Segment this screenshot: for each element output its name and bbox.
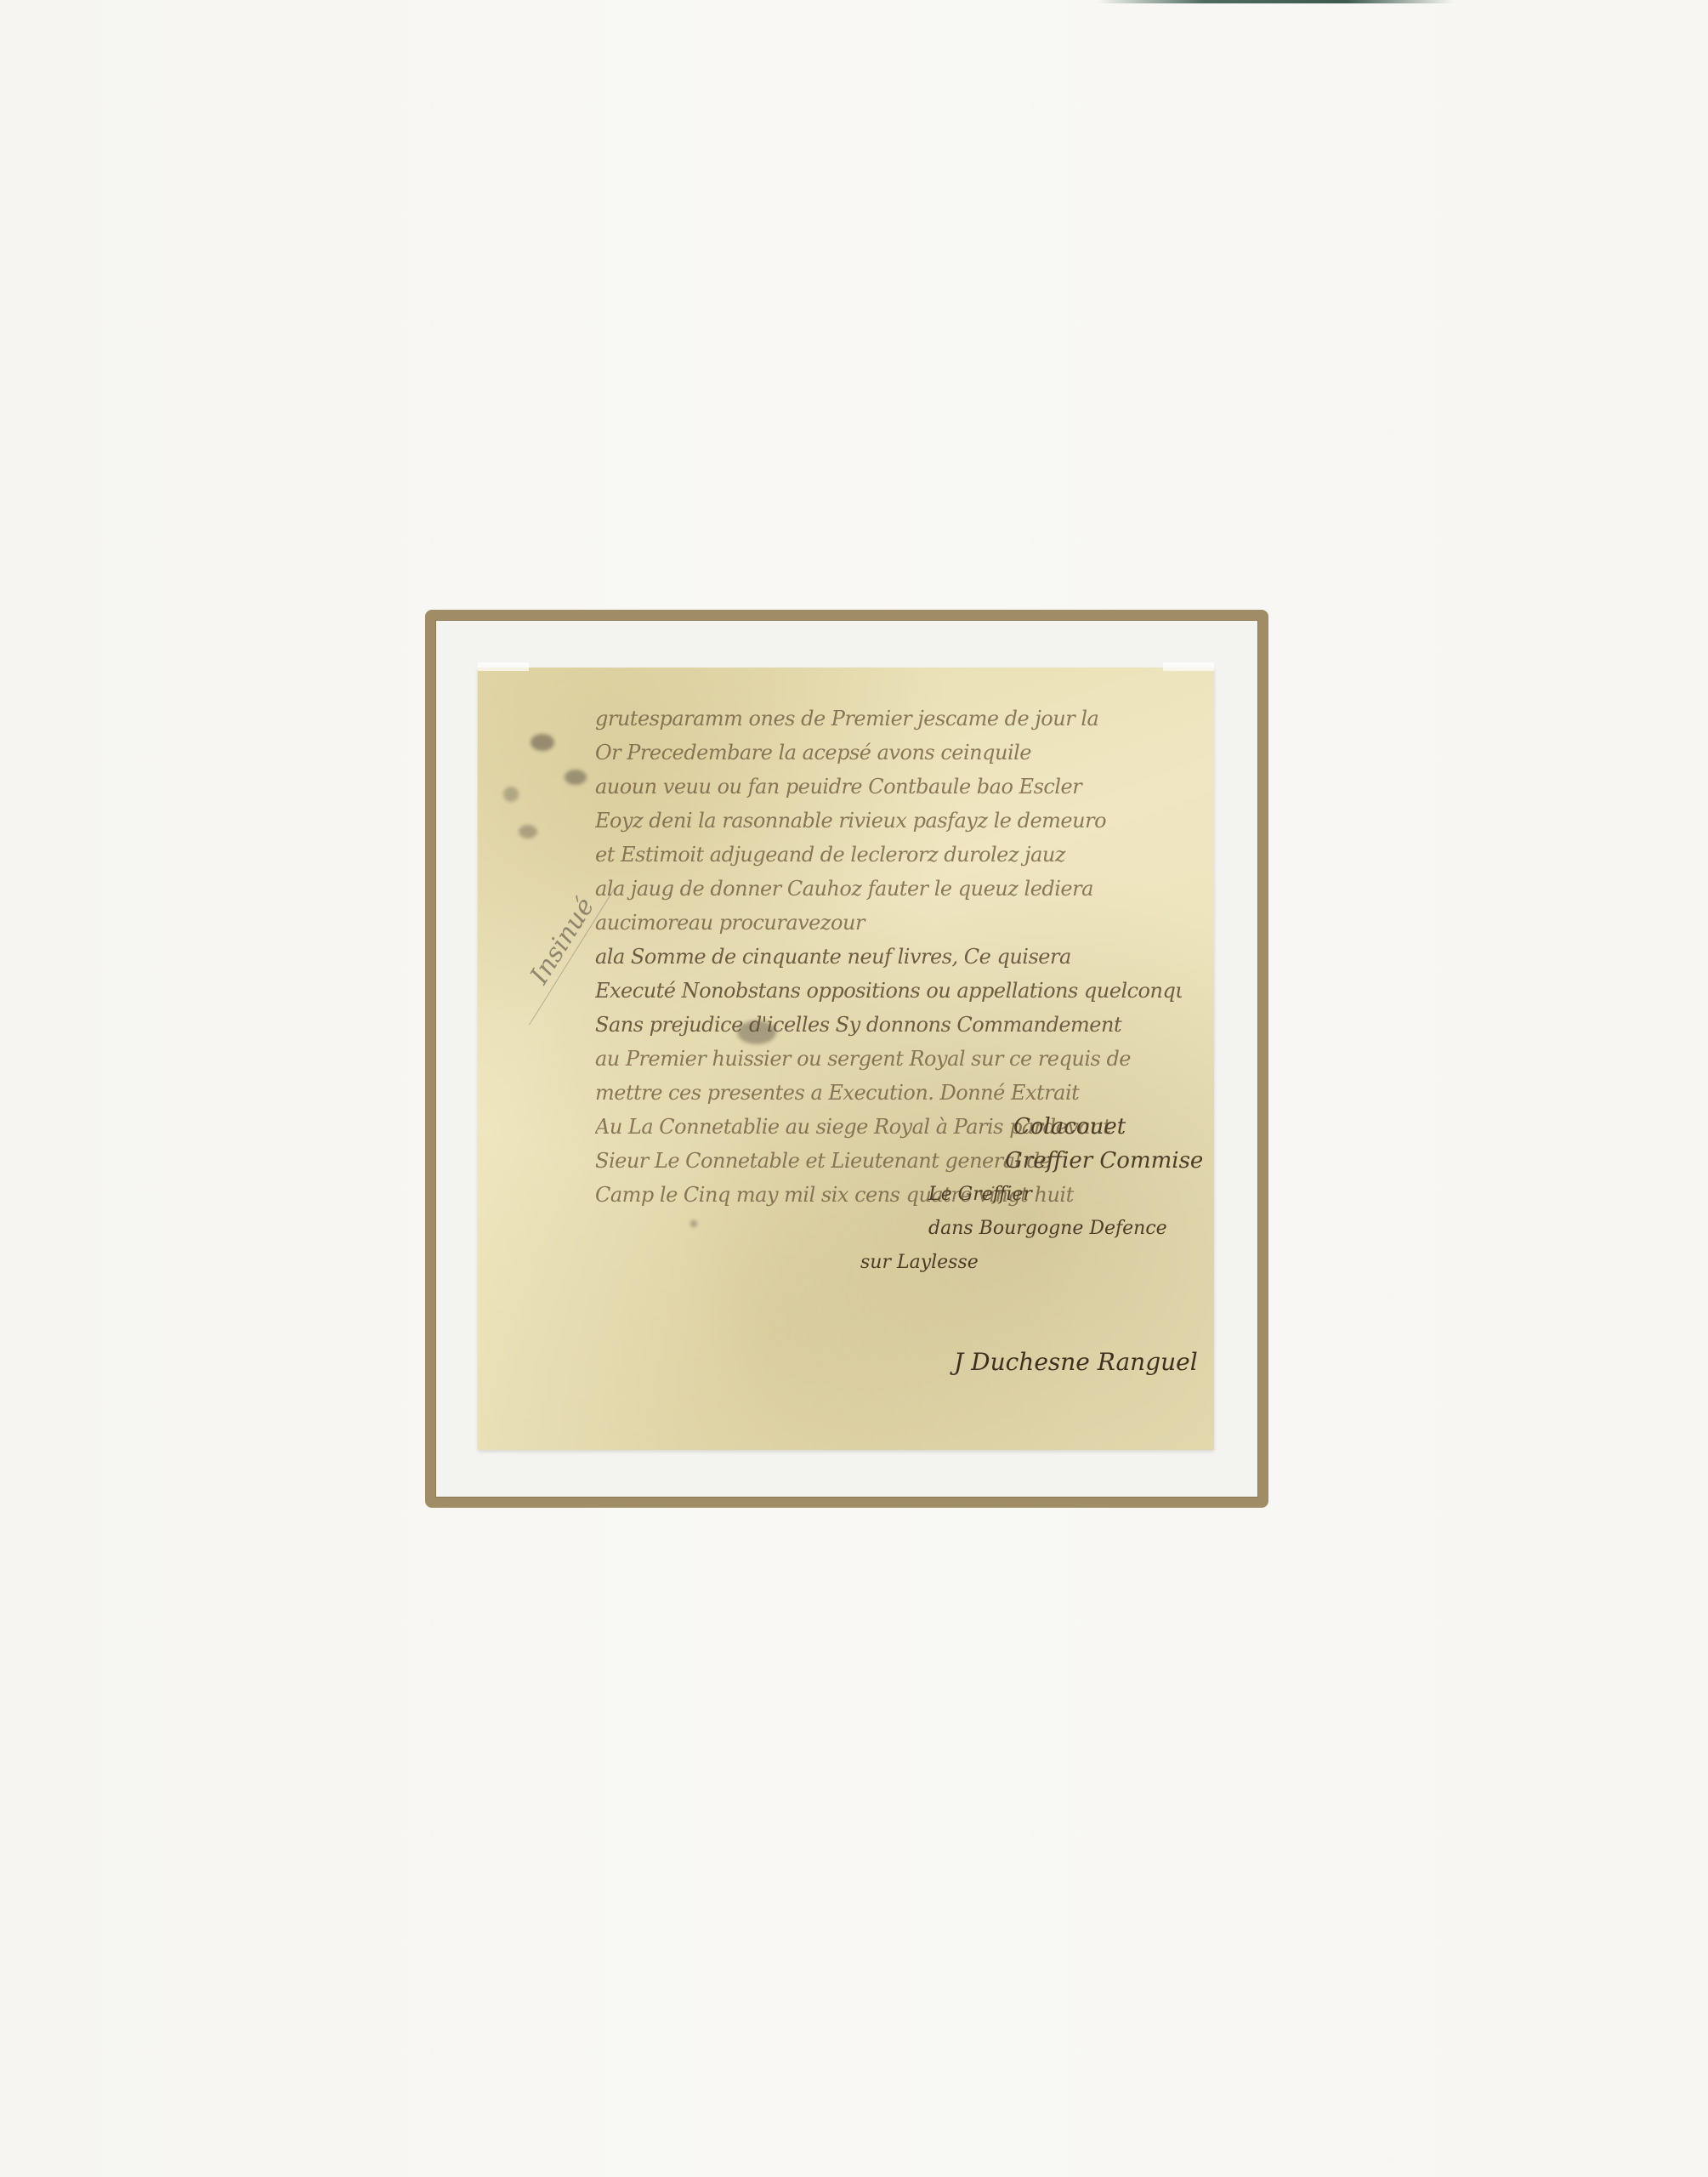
mounting-tab-left <box>478 662 529 671</box>
margin-annotation: Insinué <box>525 893 600 990</box>
text-line: ala Somme de cinquante neuf livres, Ce q… <box>595 940 1182 974</box>
text-line: ala jaug de donner Cauhoz fauter le queu… <box>595 872 1182 906</box>
signature-block: Colacouet Greffier Commise Le Greffier d… <box>860 1110 1200 1280</box>
text-line: et Estimoit adjugeand de leclerorz durol… <box>595 838 1182 872</box>
text-line: mettre ces presentes a Execution. Donné … <box>595 1076 1182 1110</box>
text-line: au Premier huissier ou sergent Royal sur… <box>595 1042 1182 1076</box>
text-line: Eoyz deni la rasonnable rivieux pasfayz … <box>595 804 1182 838</box>
text-line: Sans prejudice d'icelles Sy donnons Comm… <box>595 1008 1182 1042</box>
signature-line: Le Greffier <box>928 1178 1200 1212</box>
signature-line: sur Laylesse <box>860 1246 1200 1280</box>
signature-line: Greffier Commise <box>1005 1144 1200 1178</box>
text-line: auoun veuu ou fan peuidre Contbaule bao … <box>595 770 1182 804</box>
signature-line: Colacouet <box>1013 1110 1200 1144</box>
speck <box>690 1220 697 1227</box>
text-line: aucimoreau procuravezour <box>595 906 1182 940</box>
top-edge-strip <box>1097 0 1454 3</box>
ink-stain <box>531 734 554 751</box>
signature-line: dans Bourgogne Defence <box>928 1212 1200 1246</box>
ink-stain <box>565 770 587 785</box>
text-line: Or Precedembare la acepsé avons ceinquil… <box>595 736 1182 770</box>
ink-stain <box>519 825 537 838</box>
mounting-tab-right <box>1163 662 1214 671</box>
text-line: grutesparamm ones de Premier jescame de … <box>595 702 1182 736</box>
manuscript-paper: Insinué grutesparamm ones de Premier jes… <box>478 668 1214 1450</box>
ink-stain <box>503 787 519 802</box>
closing-signature: J Duchesne Ranguel <box>954 1348 1198 1376</box>
text-line: Executé Nonobstans oppositions ou appell… <box>595 974 1182 1008</box>
